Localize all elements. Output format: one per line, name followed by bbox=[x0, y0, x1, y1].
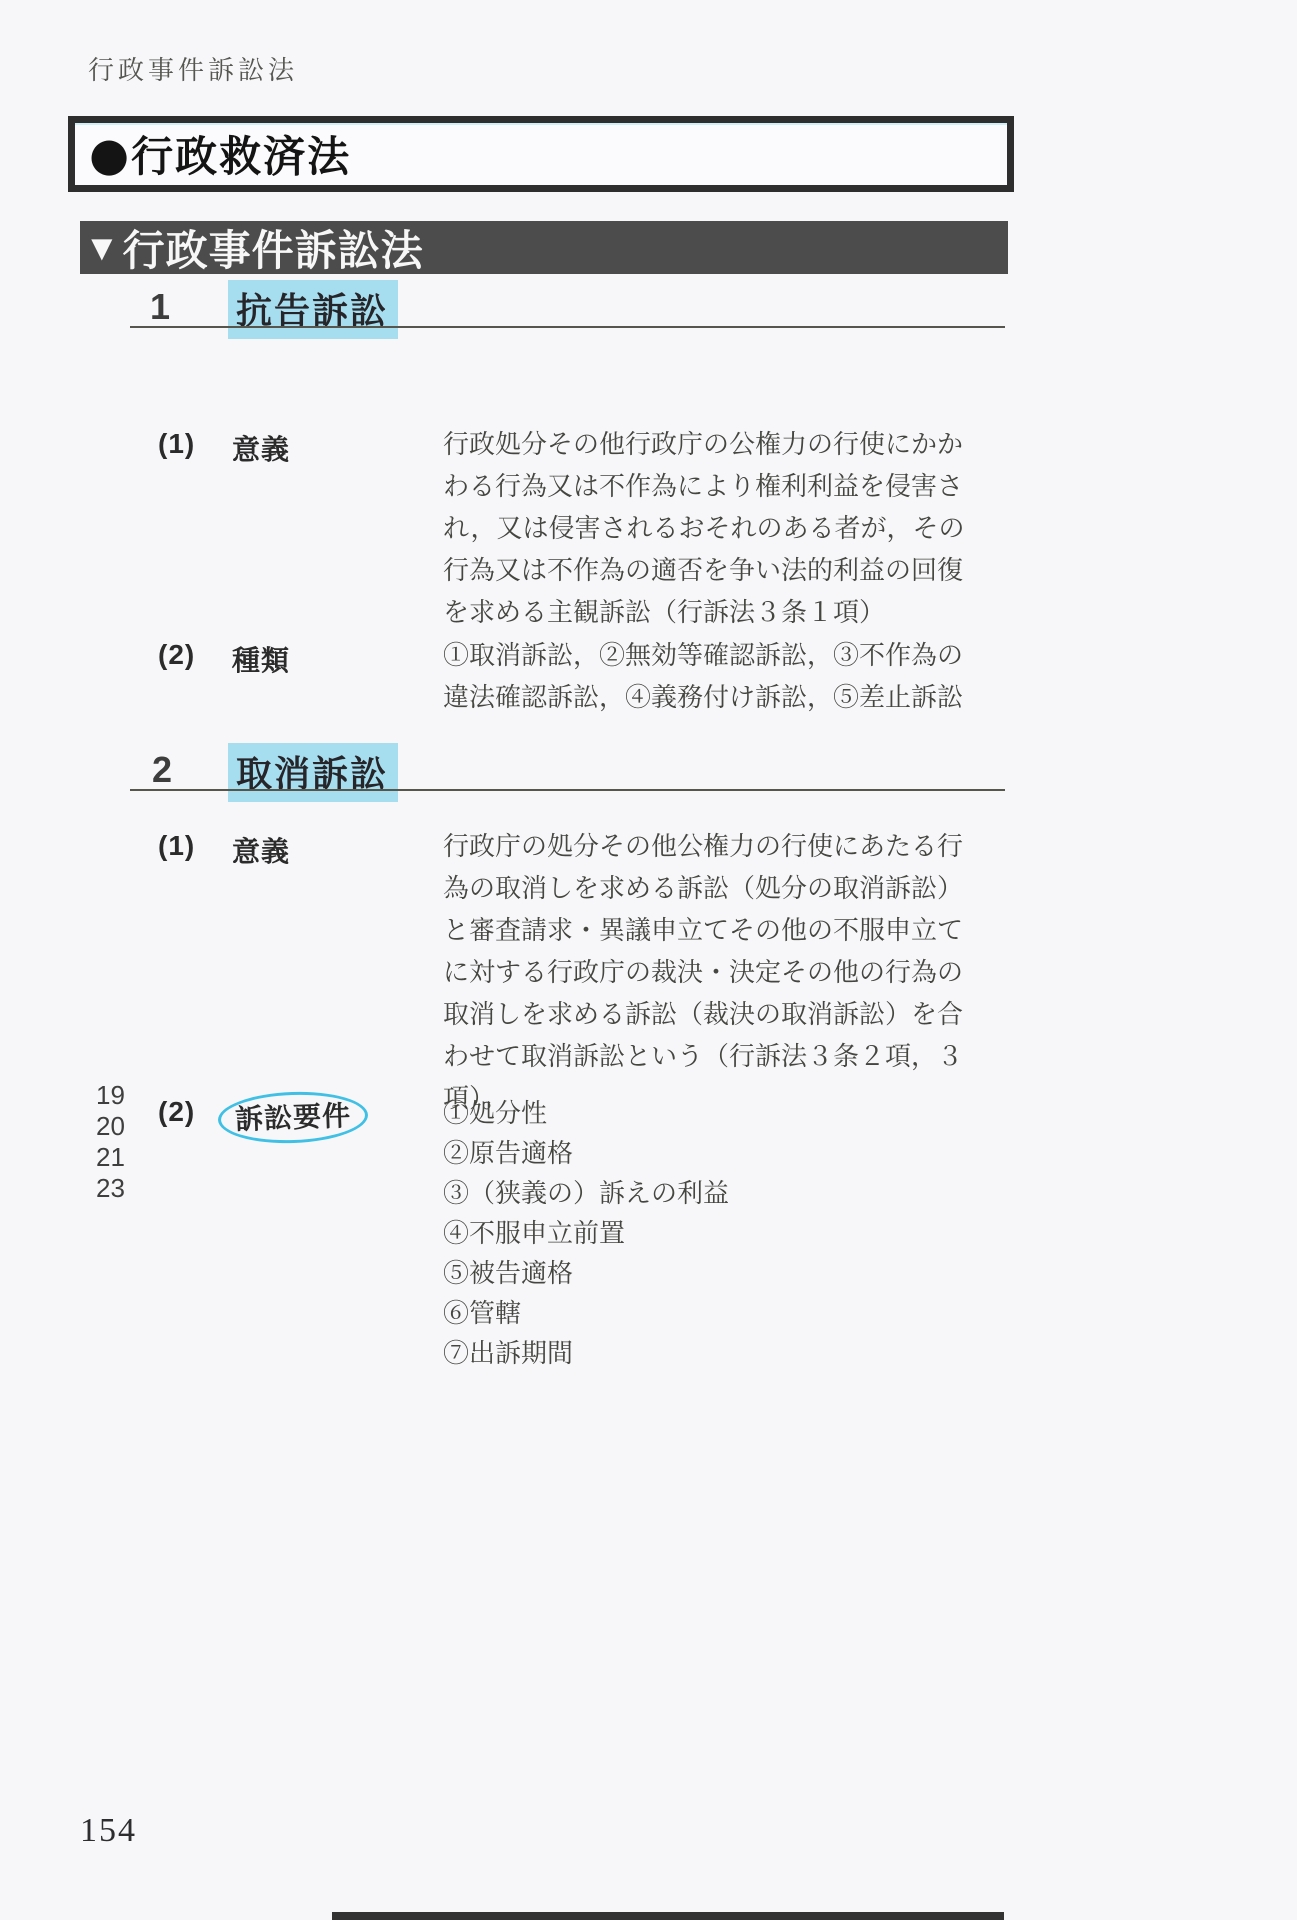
item-label-circled: 訴訟要件 bbox=[232, 1096, 354, 1139]
text-line: ④不服申立前置 bbox=[443, 1214, 729, 1254]
bullet-circle-icon: ● bbox=[89, 131, 129, 177]
page-number: 154 bbox=[80, 1812, 137, 1850]
section-banner: ▼ 行政事件訴訟法 bbox=[80, 221, 1008, 274]
section-1-rule bbox=[130, 326, 1005, 328]
text-line: 行政処分その他行政庁の公権力の行使にかか bbox=[443, 424, 965, 466]
text-line: 為の取消しを求める訴訟（処分の取消訴訟） bbox=[443, 868, 963, 910]
text-line: に対する行政庁の裁決・決定その他の行為の bbox=[443, 952, 963, 994]
text-line: と審査請求・異議申立てその他の不服申立て bbox=[443, 910, 963, 952]
text-line: ⑤被告適格 bbox=[443, 1254, 729, 1294]
body-text: ①取消訴訟，②無効等確認訴訟，③不作為の違法確認訴訟，④義務付け訴訟，⑤差止訴訟 bbox=[443, 635, 963, 719]
text-line: ⑥管轄 bbox=[443, 1294, 729, 1334]
item-number: (1) bbox=[158, 830, 195, 862]
section-1-title: 抗告訴訟 bbox=[228, 280, 398, 339]
text-line: れ，又は侵害されるおそれのある者が，その bbox=[443, 508, 965, 550]
body-text: 行政庁の処分その他公権力の行使にあたる行為の取消しを求める訴訟（処分の取消訴訟）… bbox=[443, 826, 963, 1120]
item-label: 種類 bbox=[232, 639, 290, 679]
item-number: (2) bbox=[158, 639, 195, 671]
text-line: ②原告適格 bbox=[443, 1134, 729, 1174]
running-header: 行政事件訴訟法 bbox=[88, 50, 298, 87]
text-line: 行為又は不作為の適否を争い法的利益の回復 bbox=[443, 550, 965, 592]
hand-drawn-ellipse: 訴訟要件 bbox=[217, 1089, 369, 1145]
text-line: を求める主観訴訟（行訴法３条１項） bbox=[443, 592, 965, 634]
chapter-title-box: ● 行政救済法 bbox=[68, 116, 1014, 192]
text-line: ①取消訴訟，②無効等確認訴訟，③不作為の bbox=[443, 635, 963, 677]
item-number: (2) bbox=[158, 1096, 195, 1128]
text-line: 行政庁の処分その他公権力の行使にあたる行 bbox=[443, 826, 963, 868]
item-label: 意義 bbox=[232, 428, 290, 468]
body-text: 行政処分その他行政庁の公権力の行使にかかわる行為又は不作為により権利利益を侵害さ… bbox=[443, 424, 965, 634]
section-2-number: 2 bbox=[152, 749, 172, 791]
section-2-title: 取消訴訟 bbox=[228, 743, 398, 802]
text-line: 21 bbox=[96, 1142, 125, 1173]
triangle-down-icon: ▼ bbox=[84, 230, 121, 266]
section-2-rule bbox=[130, 789, 1005, 791]
section-1-number: 1 bbox=[150, 286, 170, 328]
text-line: ①処分性 bbox=[443, 1094, 729, 1134]
item-label: 意義 bbox=[232, 830, 290, 870]
text-line: 19 bbox=[96, 1080, 125, 1111]
text-line: ⑦出訴期間 bbox=[443, 1334, 729, 1374]
requirements-list: ①処分性②原告適格③（狭義の）訴えの利益④不服申立前置⑤被告適格⑥管轄⑦出訴期間 bbox=[443, 1094, 729, 1374]
text-line: 20 bbox=[96, 1111, 125, 1142]
text-line: ③（狭義の）訴えの利益 bbox=[443, 1174, 729, 1214]
margin-year-numbers: 19202123 bbox=[96, 1080, 125, 1204]
text-line: わせて取消訴訟という（行訴法３条２項，３ bbox=[443, 1036, 963, 1078]
banner-title: 行政事件訴訟法 bbox=[123, 218, 424, 278]
text-line: わる行為又は不作為により権利利益を侵害さ bbox=[443, 466, 965, 508]
page-edge-mark bbox=[332, 1912, 1004, 1920]
text-line: 23 bbox=[96, 1173, 125, 1204]
text-line: 取消しを求める訴訟（裁決の取消訴訟）を合 bbox=[443, 994, 963, 1036]
text-line: 違法確認訴訟，④義務付け訴訟，⑤差止訴訟 bbox=[443, 677, 963, 719]
item-number: (1) bbox=[158, 428, 195, 460]
chapter-title: 行政救済法 bbox=[131, 124, 351, 184]
